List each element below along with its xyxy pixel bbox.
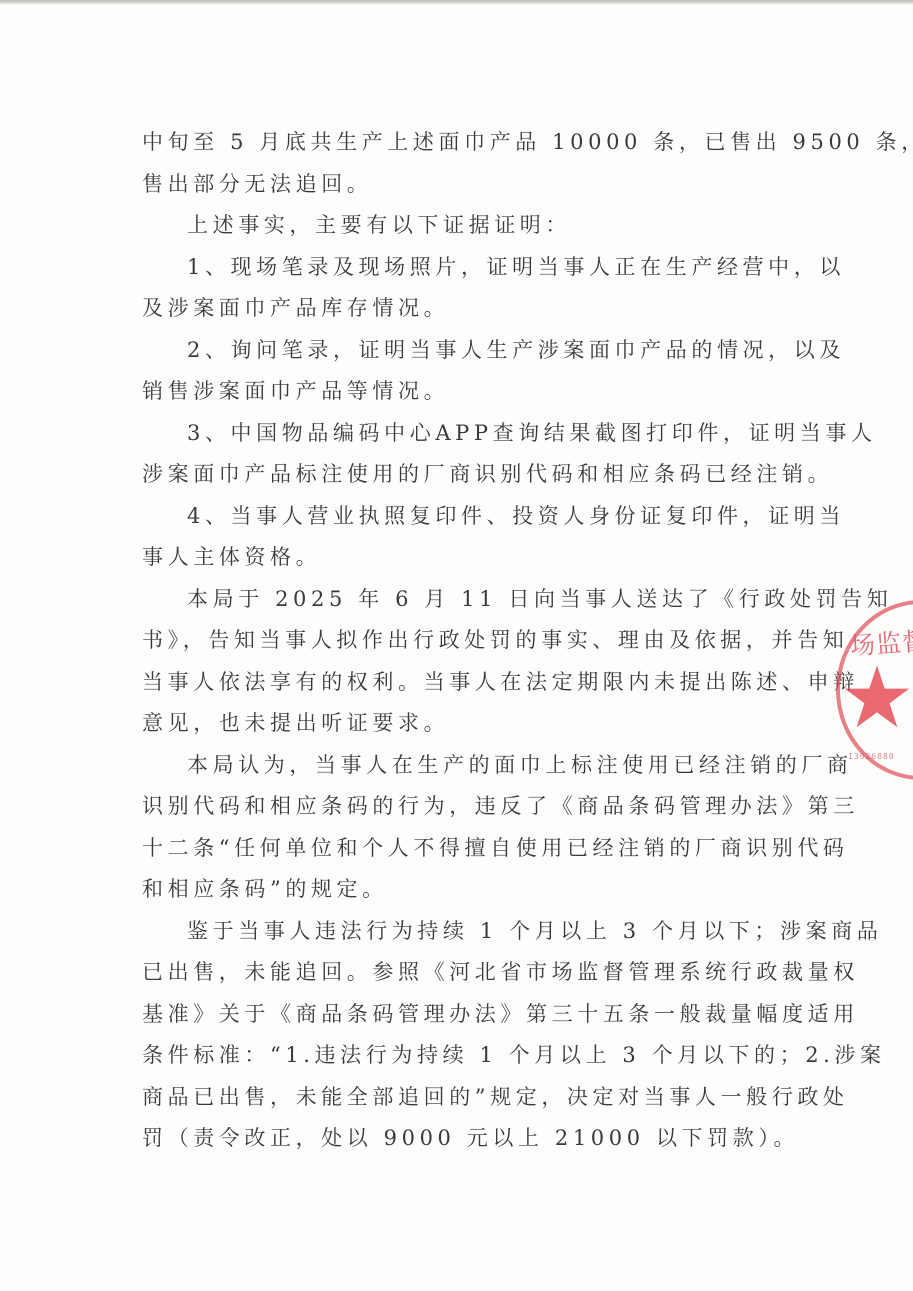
text-line: 涉案面巾产品标注使用的厂商识别代码和相应条码已经注销。 [142,454,782,496]
text-line: 当事人依法享有的权利。当事人在法定期限内未提出陈述、申辩 [142,662,782,704]
text-line: 上述事实，主要有以下证据证明： [142,205,782,247]
text-line: 鉴于当事人违法行为持续 1 个月以上 3 个月以下；涉案商品 [142,911,782,953]
text-line: 识别代码和相应条码的行为，违反了《商品条码管理办法》第三 [142,786,782,828]
text-line: 意见，也未提出听证要求。 [142,703,782,745]
text-line: 2、询问笔录，证明当事人生产涉案面巾产品的情况，以及 [142,330,782,372]
text-line: 基准》关于《商品条码管理办法》第三十五条一般裁量幅度适用 [142,994,782,1036]
text-line: 本局认为，当事人在生产的面巾上标注使用已经注销的厂商 [142,745,782,787]
text-line: 1、现场笔录及现场照片，证明当事人正在生产经营中，以 [142,247,782,289]
text-line: 书》，告知当事人拟作出行政处罚的事实、理由及依据，并告知 [142,620,782,662]
document-body: 中旬至 5 月底共生产上述面巾产品 10000 条，已售出 9500 条， 售出… [142,122,782,1160]
text-line: 销售涉案面巾产品等情况。 [142,371,782,413]
text-line: 及涉案面巾产品库存情况。 [142,288,782,330]
text-line: 条件标准：“1.违法行为持续 1 个月以上 3 个月以下的；2.涉案 [142,1035,782,1077]
text-line: 中旬至 5 月底共生产上述面巾产品 10000 条，已售出 9500 条， [142,122,782,164]
scan-top-edge [0,0,913,5]
seal-text: 场监督 [849,621,913,662]
text-line: 和相应条码”的规定。 [142,869,782,911]
text-line: 事人主体资格。 [142,537,782,579]
text-line: 商品已出售，未能全部追回的”规定，决定对当事人一般行政处 [142,1077,782,1119]
text-line: 罚（责令改正，处以 9000 元以上 21000 以下罚款）。 [142,1118,782,1160]
text-line: 本局于 2025 年 6 月 11 日向当事人送达了《行政处罚告知 [142,579,782,621]
text-line: 4、当事人营业执照复印件、投资人身份证复印件，证明当 [142,496,782,538]
star-icon [842,662,912,732]
text-line: 已出售，未能追回。参照《河北省市场监督管理系统行政裁量权 [142,952,782,994]
official-seal-stamp: 场监督 13026880 [836,600,913,780]
text-line: 售出部分无法追回。 [142,164,782,206]
seal-code: 13026880 [848,752,895,761]
text-line: 十二条“任何单位和个人不得擅自使用已经注销的厂商识别代码 [142,828,782,870]
text-line: 3、中国物品编码中心APP查询结果截图打印件，证明当事人 [142,413,782,455]
